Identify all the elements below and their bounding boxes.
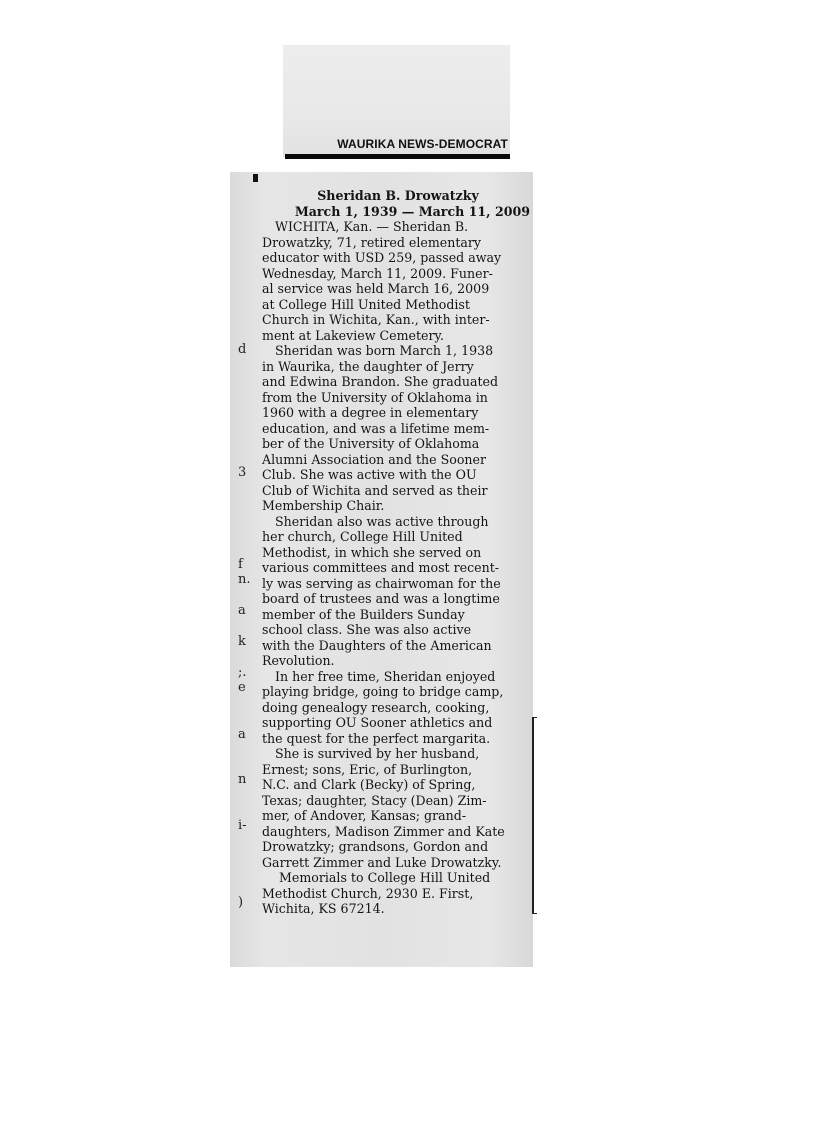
- text-line: her church, College Hill United: [262, 529, 530, 545]
- text-line: various committees and most recent-: [262, 560, 530, 576]
- text-line: Wednesday, March 11, 2009. Funer-: [262, 266, 530, 282]
- text-line: Drowatzky; grandsons, Gordon and: [262, 839, 530, 855]
- text-line: board of trustees and was a longtime: [262, 591, 530, 607]
- obituary-paragraph: In her free time, Sheridan enjoyedplayin…: [262, 669, 530, 747]
- adjacent-text-fragment: 3: [238, 465, 246, 480]
- text-line: In her free time, Sheridan enjoyed: [262, 669, 530, 685]
- text-line: N.C. and Clark (Becky) of Spring,: [262, 777, 530, 793]
- text-line: WICHITA, Kan. — Sheridan B.: [262, 219, 530, 235]
- adjacent-text-fragment: a: [238, 603, 246, 618]
- text-line: ber of the University of Oklahoma: [262, 436, 530, 452]
- text-line: at College Hill United Methodist: [262, 297, 530, 313]
- obituary-paragraph: Sheridan was born March 1, 1938in Waurik…: [262, 343, 530, 514]
- text-line: Methodist Church, 2930 E. First,: [262, 886, 530, 902]
- adjacent-text-fragment: f: [238, 557, 243, 572]
- text-line: Ernest; sons, Eric, of Burlington,: [262, 762, 530, 778]
- obituary-article: Sheridan B. Drowatzky March 1, 1939 — Ma…: [262, 188, 530, 917]
- text-line: with the Daughters of the American: [262, 638, 530, 654]
- adjacent-text-fragment: e: [238, 680, 246, 695]
- text-line: member of the Builders Sunday: [262, 607, 530, 623]
- text-line: playing bridge, going to bridge camp,: [262, 684, 530, 700]
- text-line: education, and was a lifetime mem-: [262, 421, 530, 437]
- adjacent-text-fragment: a: [238, 727, 246, 742]
- obituary-paragraph: Memorials to College Hill UnitedMethodis…: [262, 870, 530, 917]
- text-line: Memorials to College Hill United: [262, 870, 530, 886]
- text-line: Membership Chair.: [262, 498, 530, 514]
- text-line: mer, of Andover, Kansas; grand-: [262, 808, 530, 824]
- text-line: Methodist, in which she served on: [262, 545, 530, 561]
- adjacent-box-border: [532, 717, 537, 914]
- text-line: Club. She was active with the OU: [262, 467, 530, 483]
- text-line: the quest for the perfect margarita.: [262, 731, 530, 747]
- obituary-body: WICHITA, Kan. — Sheridan B.Drowatzky, 71…: [262, 219, 530, 917]
- masthead-clipping: WAURIKA NEWS-DEMOCRAT: [283, 45, 510, 157]
- text-line: daughters, Madison Zimmer and Kate: [262, 824, 530, 840]
- text-line: Garrett Zimmer and Luke Drowatzky.: [262, 855, 530, 871]
- masthead-rule: [285, 154, 510, 159]
- text-line: from the University of Oklahoma in: [262, 390, 530, 406]
- obituary-paragraph: Sheridan also was active throughher chur…: [262, 514, 530, 669]
- text-line: Church in Wichita, Kan., with inter-: [262, 312, 530, 328]
- text-line: Revolution.: [262, 653, 530, 669]
- adjacent-text-fragment: ): [238, 895, 243, 910]
- adjacent-text-fragment: ;.: [238, 665, 247, 680]
- text-line: and Edwina Brandon. She graduated: [262, 374, 530, 390]
- text-line: ment at Lakeview Cemetery.: [262, 328, 530, 344]
- adjacent-text-fragment: n: [238, 772, 246, 787]
- text-line: Wichita, KS 67214.: [262, 901, 530, 917]
- text-line: educator with USD 259, passed away: [262, 250, 530, 266]
- text-line: ly was serving as chairwoman for the: [262, 576, 530, 592]
- text-line: Alumni Association and the Sooner: [262, 452, 530, 468]
- adjacent-text-fragment: d: [238, 342, 246, 357]
- obituary-paragraph: WICHITA, Kan. — Sheridan B.Drowatzky, 71…: [262, 219, 530, 343]
- obituary-name: Sheridan B. Drowatzky: [266, 188, 530, 204]
- adjacent-text-fragment: k: [238, 634, 246, 649]
- text-line: Sheridan also was active through: [262, 514, 530, 530]
- text-line: Drowatzky, 71, retired elementary: [262, 235, 530, 251]
- obituary-paragraph: She is survived by her husband,Ernest; s…: [262, 746, 530, 870]
- text-line: doing genealogy research, cooking,: [262, 700, 530, 716]
- text-line: in Waurika, the daughter of Jerry: [262, 359, 530, 375]
- text-line: Texas; daughter, Stacy (Dean) Zim-: [262, 793, 530, 809]
- text-line: school class. She was also active: [262, 622, 530, 638]
- text-line: Sheridan was born March 1, 1938: [262, 343, 530, 359]
- text-line: She is survived by her husband,: [262, 746, 530, 762]
- publication-name: WAURIKA NEWS-DEMOCRAT: [337, 137, 508, 151]
- clipping-edge-mark: [253, 174, 258, 182]
- adjacent-text-fragment: n.: [238, 572, 251, 587]
- text-line: al service was held March 16, 2009: [262, 281, 530, 297]
- adjacent-text-fragment: i-: [238, 818, 247, 833]
- text-line: Club of Wichita and served as their: [262, 483, 530, 499]
- text-line: supporting OU Sooner athletics and: [262, 715, 530, 731]
- obituary-dates: March 1, 1939 — March 11, 2009: [262, 204, 530, 220]
- text-line: 1960 with a degree in elementary: [262, 405, 530, 421]
